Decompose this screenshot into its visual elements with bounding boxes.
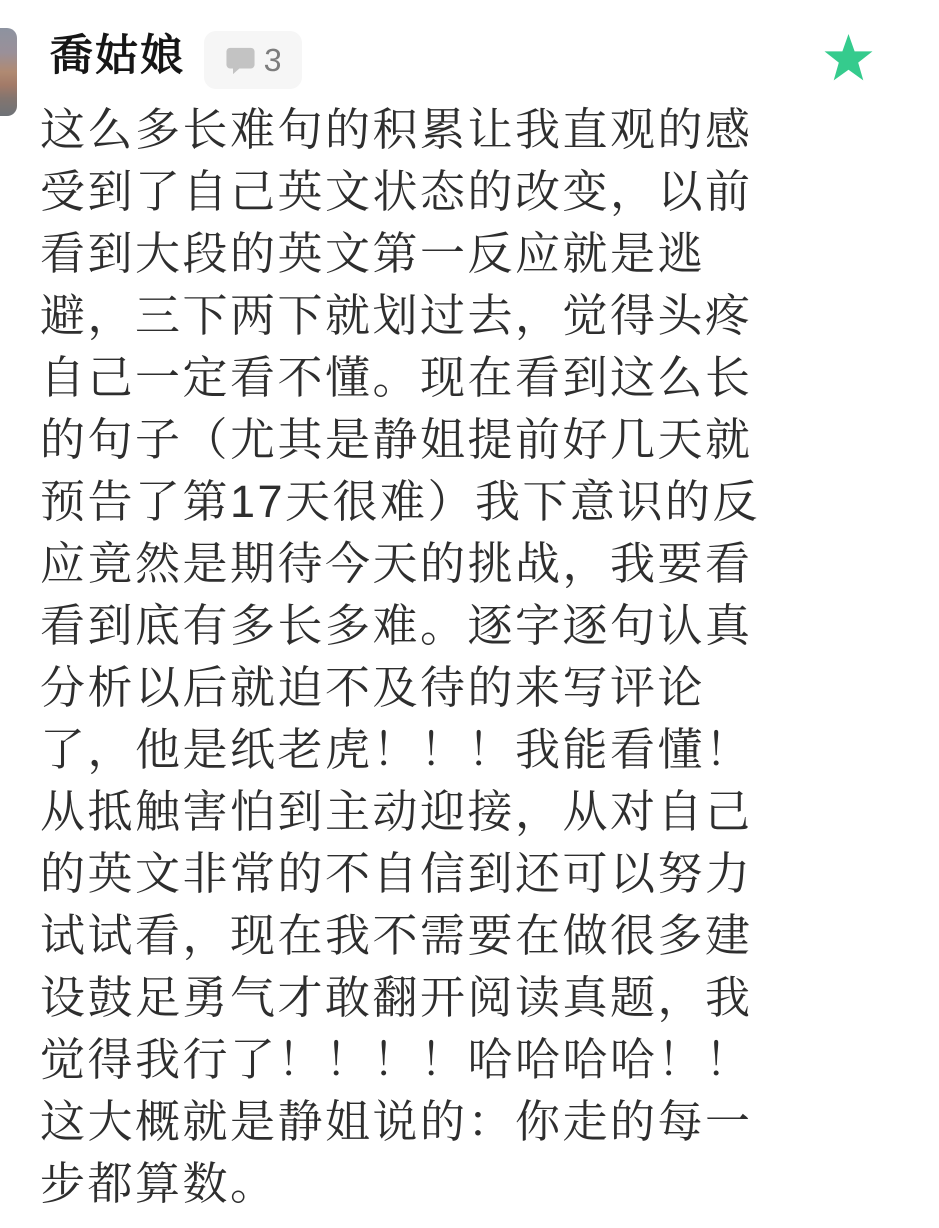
comment-text-line: 这么多长难句的积累让我直观的感 <box>40 99 920 161</box>
comment-text-line: 应竟然是期待今天的挑战，我要看 <box>40 533 920 595</box>
comment-text-line: 觉得我行了！！！！哈哈哈哈！！ <box>40 1029 920 1091</box>
speech-bubble-icon <box>225 45 256 75</box>
comment-text-line: 看到大段的英文第一反应就是逃 <box>40 223 920 285</box>
comment-text-line: 避，三下两下就划过去，觉得头疼 <box>40 285 920 347</box>
comment-text-line: 的英文非常的不自信到还可以努力 <box>40 843 920 905</box>
comment-text-line: 从抵触害怕到主动迎接，从对自己 <box>40 781 920 843</box>
comment-text-line: 了，他是纸老虎！！！我能看懂！ <box>40 719 920 781</box>
comment-text-line: 这大概就是静姐说的：你走的每一 <box>40 1091 920 1153</box>
comment-text-line: 设鼓足勇气才敢翻开阅读真题，我 <box>40 967 920 1029</box>
comment-text-line: 预告了第17天很难）我下意识的反 <box>40 471 920 533</box>
comment-text-line: 看到底有多长多难。逐字逐句认真 <box>40 595 920 657</box>
comment-text-line: 自己一定看不懂。现在看到这么长 <box>40 347 920 409</box>
comment-text-line: 的句子（尤其是静姐提前好几天就 <box>40 409 920 471</box>
star-icon[interactable] <box>822 33 875 84</box>
avatar[interactable] <box>0 28 17 116</box>
username[interactable]: 喬姑娘 <box>50 26 185 86</box>
comment-count-badge[interactable]: 3 <box>204 31 302 89</box>
comment-text-line: 试试看，现在我不需要在做很多建 <box>40 905 920 967</box>
comment-text-line: 步都算数。 <box>40 1153 920 1215</box>
comment-text: 这么多长难句的积累让我直观的感受到了自己英文状态的改变，以前看到大段的英文第一反… <box>40 99 920 1215</box>
comment-text-line: 分析以后就迫不及待的来写评论 <box>40 657 920 719</box>
comment-count: 3 <box>263 44 282 77</box>
comment-card: 喬姑娘 3 这么多长难句的积累让我直观的感受到了自己英文状态的改变，以前看到大段… <box>0 0 939 1228</box>
comment-text-line: 受到了自己英文状态的改变，以前 <box>40 161 920 223</box>
